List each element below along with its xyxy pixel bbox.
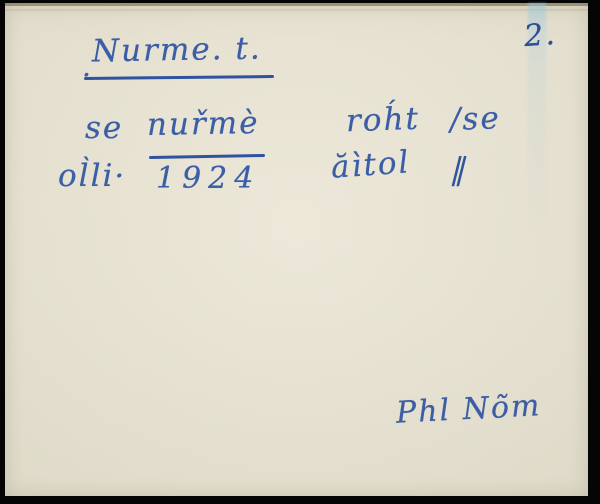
card-header-title: Nurme. t. [92,31,262,70]
body-line2-year: 1924 [156,161,260,196]
scanned-card-image: . Nurme. t. 2. se nuřmè roh́t /se ol̀li·… [0,0,600,504]
body-line2-word-aitol: ăìtol [330,144,412,185]
body-line1-word-se: se [85,110,123,146]
page-number: 2. [523,17,558,54]
body-line1-word-roht: roh́t [345,101,420,140]
card-top-edge [5,3,588,6]
body-line2-word-olli: ol̀li· [58,158,126,194]
body-line1-word-slash-se: /se [449,100,501,138]
body-line1-word-nurme: nuřmè [147,105,260,143]
